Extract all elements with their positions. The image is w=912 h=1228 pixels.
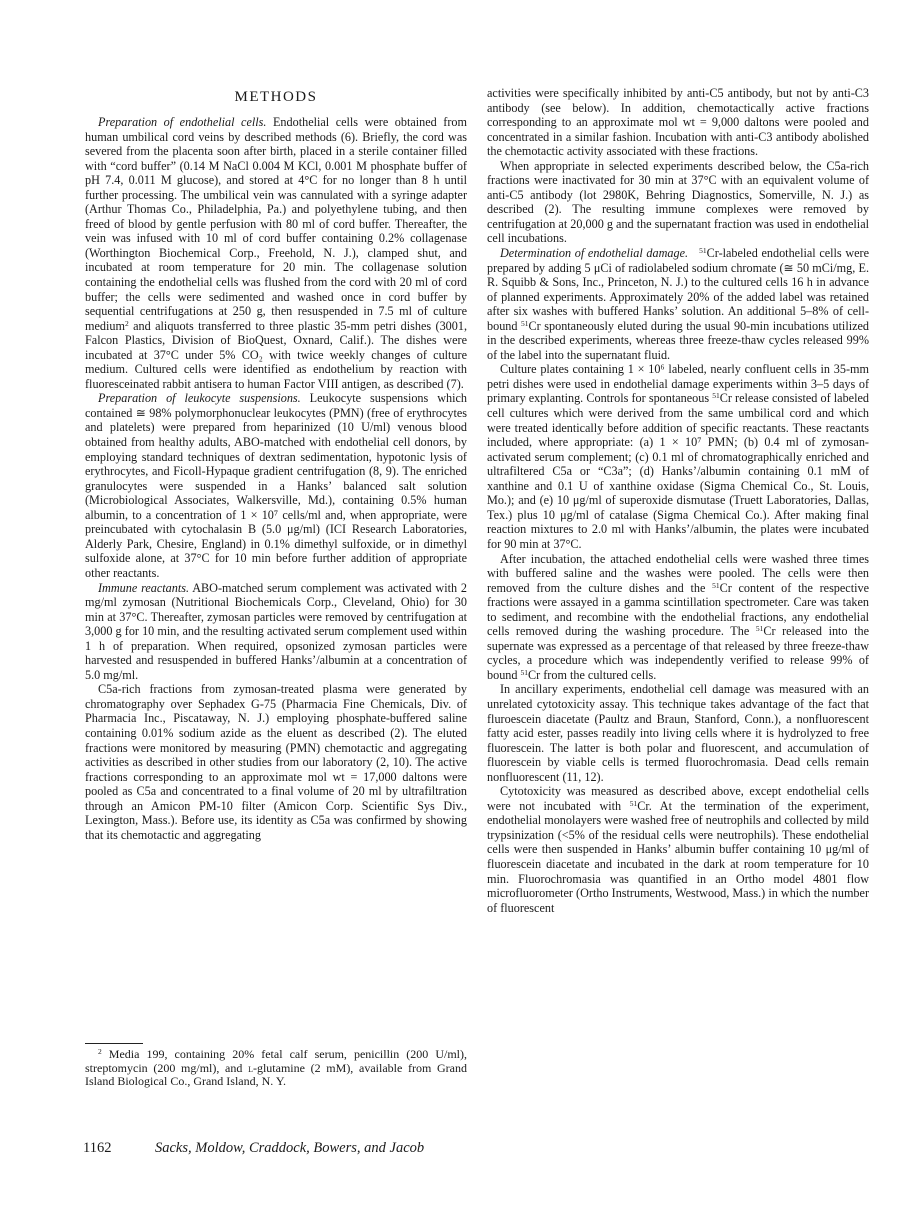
paragraph-cytotoxicity: Cytotoxicity was measured as described a… bbox=[487, 784, 869, 915]
paragraph-inactivation: When appropriate in selected experiments… bbox=[487, 159, 869, 246]
paragraph-endothelial-damage: Determination of endothelial damage. 51C… bbox=[487, 246, 869, 362]
page-number: 1162 bbox=[83, 1140, 155, 1157]
journal-page: METHODS Preparation of endothelial cells… bbox=[0, 0, 912, 1228]
paragraph-continuation: activities were specifically inhibited b… bbox=[487, 86, 869, 159]
section-heading: METHODS bbox=[85, 88, 467, 106]
paragraph-c5a-fractions: C5a-rich fractions from zymosan-treated … bbox=[85, 682, 467, 842]
paragraph-immune-reactants: Immune reactants. ABO-matched serum comp… bbox=[85, 581, 467, 683]
footnote: 2 Media 199, containing 20% fetal calf s… bbox=[85, 1048, 467, 1089]
footnote-divider bbox=[85, 1043, 143, 1044]
runin-heading: Immune reactants. bbox=[98, 581, 189, 595]
paragraph-culture-plates: Culture plates containing 1 × 10⁶ labele… bbox=[487, 362, 869, 551]
running-authors: Sacks, Moldow, Craddock, Bowers, and Jac… bbox=[155, 1140, 424, 1156]
page-footer: 1162Sacks, Moldow, Craddock, Bowers, and… bbox=[83, 1140, 424, 1157]
paragraph-after-incubation: After incubation, the attached endotheli… bbox=[487, 552, 869, 683]
runin-heading: Determination of endothelial damage. bbox=[500, 246, 688, 260]
left-column: METHODS Preparation of endothelial cells… bbox=[85, 88, 467, 842]
runin-heading: Preparation of leukocyte suspensions. bbox=[98, 391, 301, 405]
paragraph-ancillary-experiments: In ancillary experiments, endothelial ce… bbox=[487, 682, 869, 784]
right-column: activities were specifically inhibited b… bbox=[487, 86, 869, 915]
paragraph-leukocyte-preparation: Preparation of leukocyte suspensions. Le… bbox=[85, 391, 467, 580]
paragraph-endothelial-preparation: Preparation of endothelial cells. Endoth… bbox=[85, 115, 467, 391]
runin-heading: Preparation of endothelial cells. bbox=[98, 115, 266, 129]
